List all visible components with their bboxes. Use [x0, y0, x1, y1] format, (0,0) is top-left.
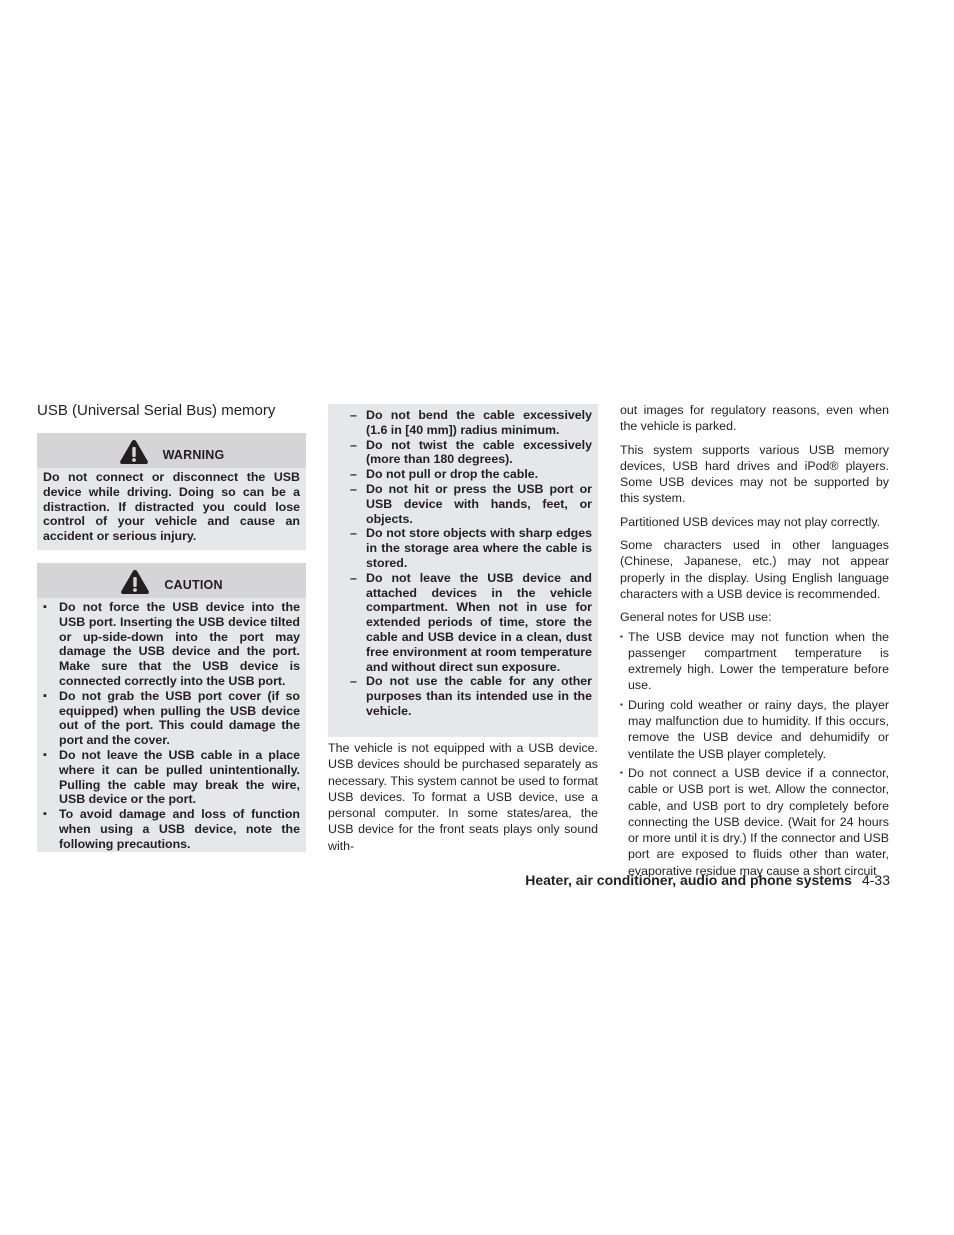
caution-box-continued: –Do not bend the cable excessively (1.6 …	[328, 404, 598, 737]
precaution-item: –Do not store objects with sharp edges i…	[350, 526, 592, 570]
notes-heading: General notes for USB use:	[620, 609, 889, 625]
caution-box: CAUTION Do not force the USB device into…	[37, 563, 306, 852]
page-footer: Heater, air conditioner, audio and phone…	[525, 872, 890, 888]
warning-triangle-icon	[119, 439, 149, 465]
warning-header: WARNING	[37, 433, 306, 468]
right-column-text: out images for regulatory reasons, even …	[620, 402, 889, 882]
precautions-list: –Do not bend the cable excessively (1.6 …	[350, 408, 592, 719]
caution-header: CAUTION	[37, 563, 306, 598]
warning-label: WARNING	[163, 448, 225, 462]
paragraph: The vehicle is not equipped with a USB d…	[328, 740, 598, 854]
paragraph: This system supports various USB memory …	[620, 442, 889, 507]
warning-box: WARNING Do not connect or disconnect the…	[37, 433, 306, 550]
note-item: During cold weather or rainy days, the p…	[620, 697, 889, 762]
precaution-item: –Do not use the cable for any other purp…	[350, 674, 592, 718]
precaution-item: –Do not twist the cable excessively (mor…	[350, 438, 592, 468]
precaution-item: –Do not hit or press the USB port or USB…	[350, 482, 592, 526]
note-item: The USB device may not function when the…	[620, 629, 889, 694]
chapter-title: Heater, air conditioner, audio and phone…	[525, 872, 852, 888]
caution-item: To avoid damage and loss of function whe…	[43, 807, 300, 851]
caution-label: CAUTION	[164, 578, 222, 592]
notes-list: The USB device may not function when the…	[620, 629, 889, 879]
warning-text: Do not connect or disconnect the USB dev…	[37, 468, 306, 550]
caution-item: Do not grab the USB port cover (if so eq…	[43, 689, 300, 748]
caution-item: Do not leave the USB cable in a place wh…	[43, 748, 300, 807]
note-item: Do not connect a USB device if a connect…	[620, 765, 889, 879]
caution-list: Do not force the USB device into the USB…	[43, 600, 300, 852]
warning-triangle-icon	[120, 569, 150, 595]
paragraph: Some characters used in other languages …	[620, 537, 889, 602]
paragraph: out images for regulatory reasons, even …	[620, 402, 889, 435]
section-title: USB (Universal Serial Bus) memory	[37, 402, 275, 419]
caution-item: Do not force the USB device into the USB…	[43, 600, 300, 689]
paragraph: Partitioned USB devices may not play cor…	[620, 514, 889, 530]
page-number: 4-33	[862, 872, 890, 888]
precaution-item: –Do not leave the USB device and attache…	[350, 571, 592, 675]
precautions-body: –Do not bend the cable excessively (1.6 …	[328, 404, 598, 725]
middle-column-text: The vehicle is not equipped with a USB d…	[328, 740, 598, 861]
caution-body: Do not force the USB device into the USB…	[37, 598, 306, 858]
precaution-item: –Do not bend the cable excessively (1.6 …	[350, 408, 592, 438]
precaution-item: –Do not pull or drop the cable.	[350, 467, 592, 482]
